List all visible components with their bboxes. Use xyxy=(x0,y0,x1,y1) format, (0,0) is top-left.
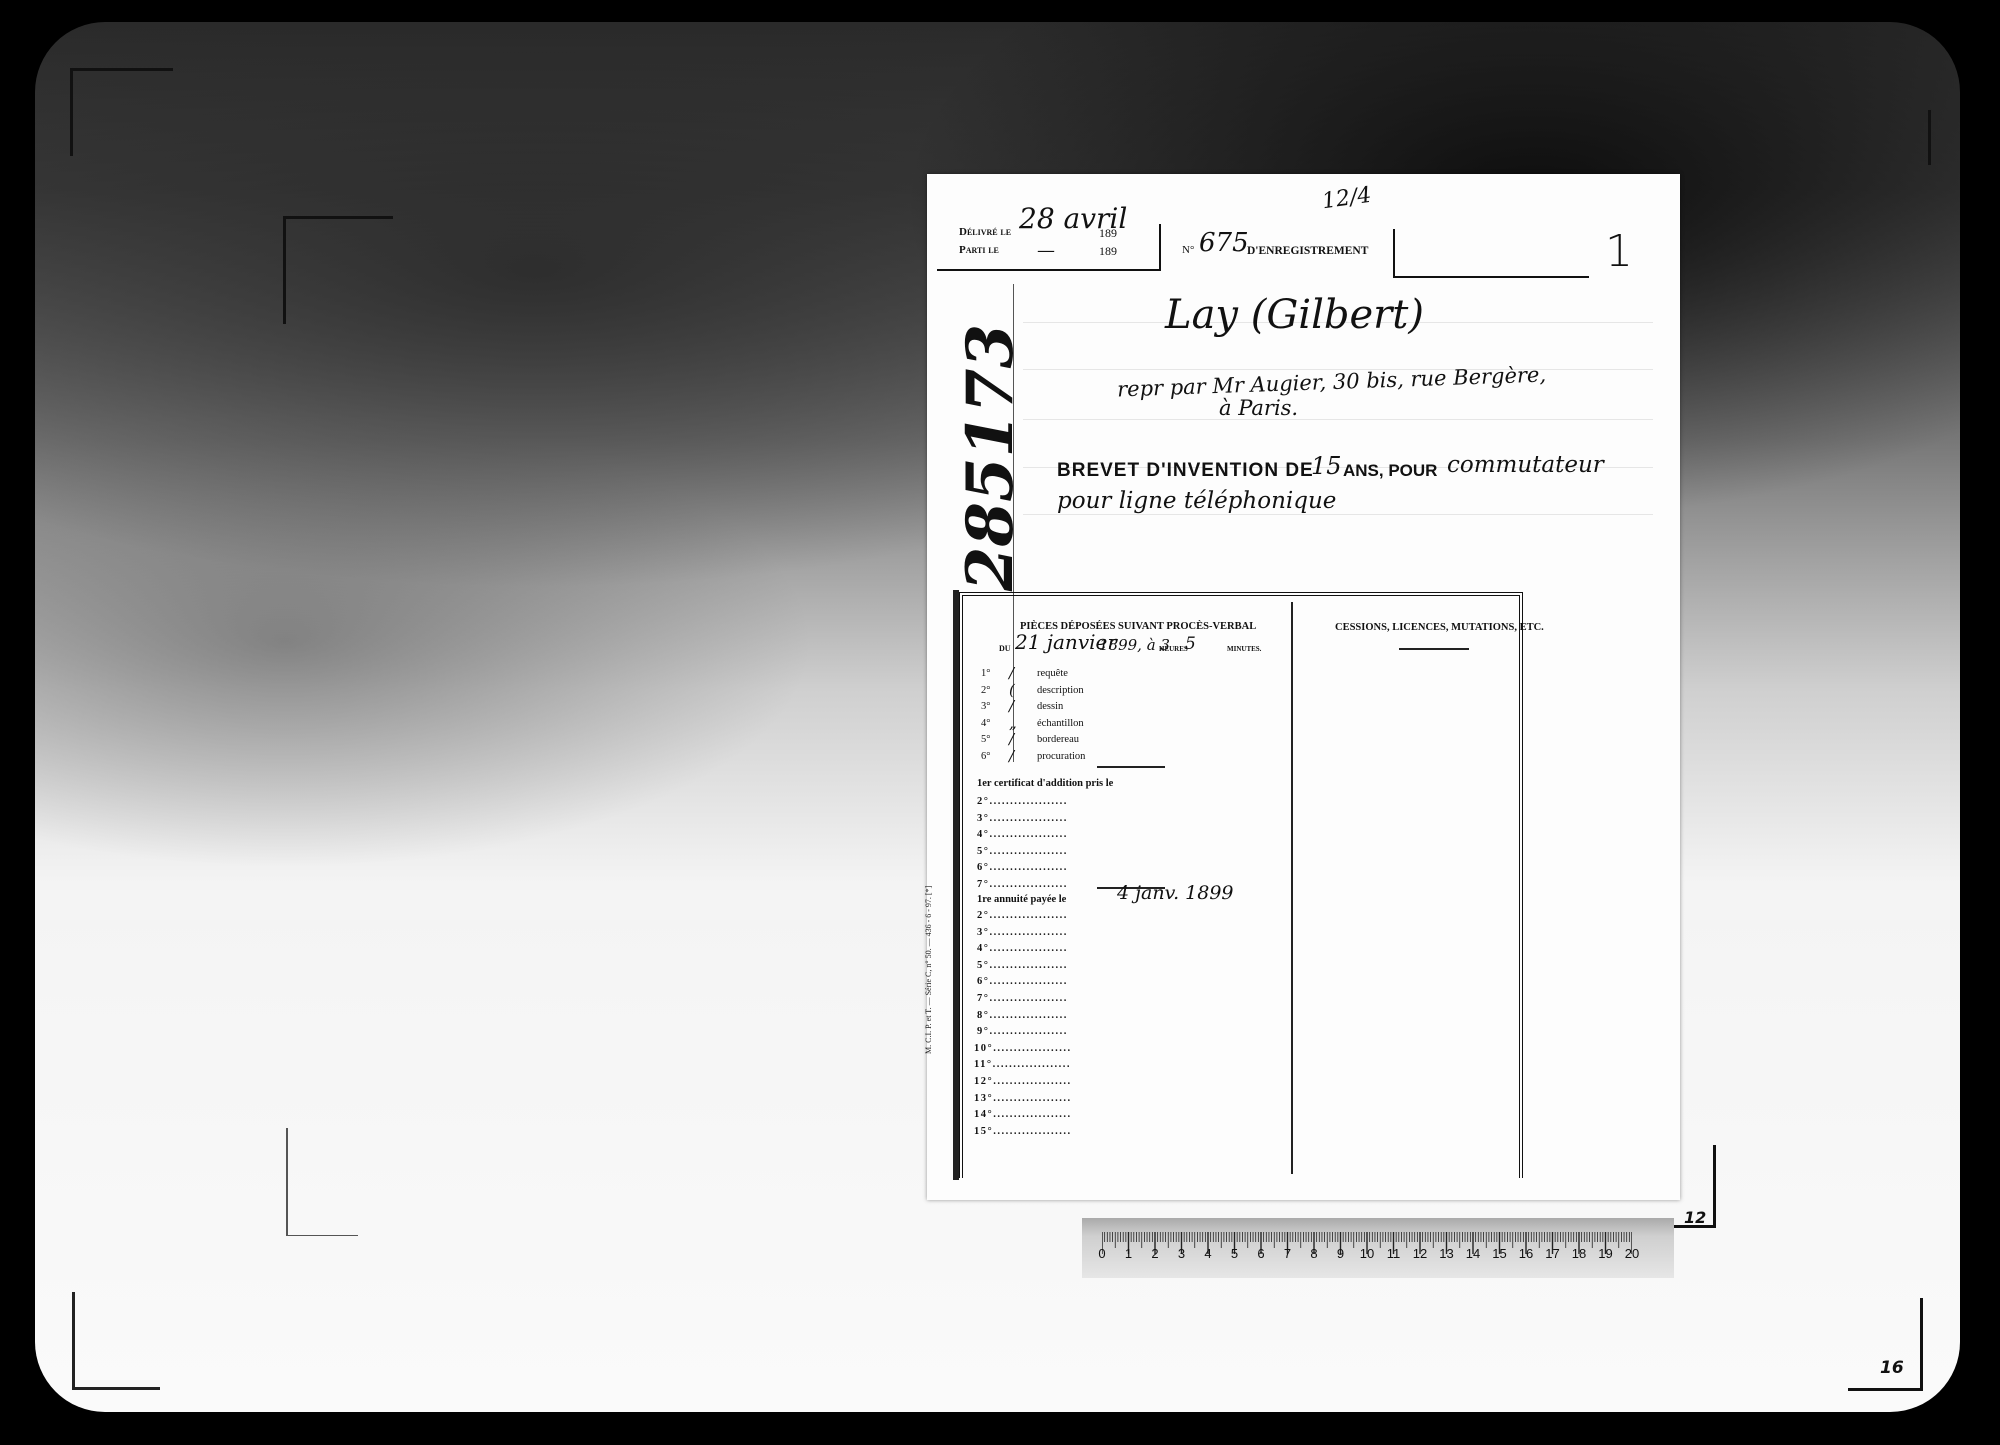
ruler-label: 2 xyxy=(1151,1246,1158,1261)
minutes-value: 5 xyxy=(1185,634,1196,654)
ruler-frame-number: 12 xyxy=(1684,1208,1706,1227)
du-label: DU xyxy=(999,644,1011,653)
parti-date: — xyxy=(1037,240,1055,261)
annuite-row: 7°................... xyxy=(977,993,1068,1004)
crop-mark-bottom-left-outer xyxy=(72,1292,160,1390)
delivre-year: 189 xyxy=(1099,226,1117,241)
annuite-row: 3°................... xyxy=(977,927,1068,938)
annuite-row: 11°................... xyxy=(974,1059,1071,1070)
annuite-row: 15°................... xyxy=(974,1126,1072,1137)
piece-number: 2° xyxy=(981,685,990,696)
parti-year: 189 xyxy=(1099,244,1117,259)
annuite-row: 13°................... xyxy=(974,1093,1072,1104)
annuite-row: 4°................... xyxy=(977,943,1068,954)
frame-number: 16 xyxy=(1880,1358,1904,1378)
annuite-row: 9°................... xyxy=(977,1026,1068,1037)
patent-number: 285173 xyxy=(953,324,1028,591)
piece-mark: / xyxy=(1009,747,1014,765)
ruler-label: 0 xyxy=(1098,1246,1105,1261)
certificat-first-label: 1er certificat d'addition pris le xyxy=(977,778,1113,789)
ruler-label: 15 xyxy=(1492,1246,1506,1261)
ruler-label: 10 xyxy=(1360,1246,1374,1261)
piece-label: échantillon xyxy=(1037,718,1084,729)
page-mark: 1 xyxy=(1605,226,1633,277)
heures-label: HEURES xyxy=(1159,645,1188,653)
piece-label: dessin xyxy=(1037,701,1063,712)
patent-subject-line2: pour ligne téléphonique xyxy=(1057,488,1336,514)
annuite-row: 6°................... xyxy=(977,976,1068,987)
piece-number: 1° xyxy=(981,668,990,679)
ruler-label: 5 xyxy=(1231,1246,1238,1261)
ruler-label: 11 xyxy=(1387,1246,1401,1261)
applicant-name: Lay (Gilbert) xyxy=(1165,292,1424,338)
piece-number: 4° xyxy=(981,718,990,729)
minutes-label: MINUTES. xyxy=(1227,645,1261,653)
annuite-row: 10°................... xyxy=(974,1043,1072,1054)
ruler-label: 17 xyxy=(1545,1246,1559,1261)
piece-label: requête xyxy=(1037,668,1068,679)
patent-subject-line1: commutateur xyxy=(1447,452,1604,478)
certificat-row: 2°................... xyxy=(977,796,1068,807)
annuite-row: 12°................... xyxy=(974,1076,1072,1087)
ruler-label: 6 xyxy=(1257,1246,1264,1261)
ruler-label: 3 xyxy=(1178,1246,1185,1261)
piece-mark: / xyxy=(1009,697,1014,715)
annuite-row: 5°................... xyxy=(977,960,1068,971)
folio-mark: 12/4 xyxy=(1321,183,1373,215)
applicant-city: à Paris. xyxy=(1219,396,1298,420)
certificat-row: 5°................... xyxy=(977,846,1068,857)
annuite-first-label: 1re annuité payée le xyxy=(977,894,1066,905)
patent-title-prefix: BREVET D'INVENTION DE xyxy=(1057,460,1314,482)
patent-years: 15 xyxy=(1311,452,1342,480)
crop-mark-top-right xyxy=(1928,110,1933,165)
piece-label: bordereau xyxy=(1037,734,1079,745)
parti-label: Parti le xyxy=(959,244,999,256)
printer-mark: M. C.I. P. et T. — Série C, n° 50. — 436… xyxy=(924,886,933,1054)
ruler-label: 8 xyxy=(1310,1246,1317,1261)
piece-mark: / xyxy=(1009,730,1014,748)
certificat-row: 3°................... xyxy=(977,813,1068,824)
annuite-row: 8°................... xyxy=(977,1010,1068,1021)
enregistrement-label: D'ENREGISTREMENT xyxy=(1247,245,1368,257)
crop-mark-top-left-outer xyxy=(70,68,173,156)
certificat-row: 7°................... xyxy=(977,879,1068,890)
ans-pour-label: ANS, POUR xyxy=(1343,461,1437,481)
ruler-label: 19 xyxy=(1598,1246,1612,1261)
piece-number: 6° xyxy=(981,751,990,762)
piece-mark: ( xyxy=(1009,681,1015,699)
delivre-label: Délivré le xyxy=(959,226,1011,238)
number-label: N° xyxy=(1182,244,1194,256)
piece-number: 3° xyxy=(981,701,990,712)
crop-mark-bottom-left-inner xyxy=(286,1128,358,1236)
ruler-label: 7 xyxy=(1284,1246,1291,1261)
ruler-label: 13 xyxy=(1439,1246,1453,1261)
piece-mark: „ xyxy=(1009,714,1017,732)
ruler-label: 12 xyxy=(1413,1246,1427,1261)
crop-mark-top-left-inner xyxy=(283,216,393,324)
ruler-label: 4 xyxy=(1204,1246,1211,1261)
piece-label: description xyxy=(1037,685,1084,696)
ruler-label: 14 xyxy=(1466,1246,1480,1261)
patent-register-sheet: Délivré le 28 avril 189 Parti le — 189 N… xyxy=(927,174,1680,1200)
measurement-ruler: 01234567891011121314151617181920 xyxy=(1082,1218,1674,1278)
piece-mark: / xyxy=(1009,664,1014,682)
ruler-label: 18 xyxy=(1572,1246,1586,1261)
ruler-label: 16 xyxy=(1519,1246,1533,1261)
annuite-first-value: 4 janv. 1899 xyxy=(1117,882,1234,904)
annuite-row: 14°................... xyxy=(974,1109,1072,1120)
ruler-label: 1 xyxy=(1125,1246,1132,1261)
certificat-row: 4°................... xyxy=(977,829,1068,840)
ruler-label: 9 xyxy=(1337,1246,1344,1261)
piece-label: procuration xyxy=(1037,751,1085,762)
piece-number: 5° xyxy=(981,734,990,745)
certificat-row: 6°................... xyxy=(977,862,1068,873)
cessions-heading: CESSIONS, LICENCES, MUTATIONS, ETC. xyxy=(1335,622,1544,633)
ruler-label: 20 xyxy=(1625,1246,1639,1261)
annuite-row: 2°................... xyxy=(977,910,1068,921)
registration-number: 675 xyxy=(1199,228,1249,258)
